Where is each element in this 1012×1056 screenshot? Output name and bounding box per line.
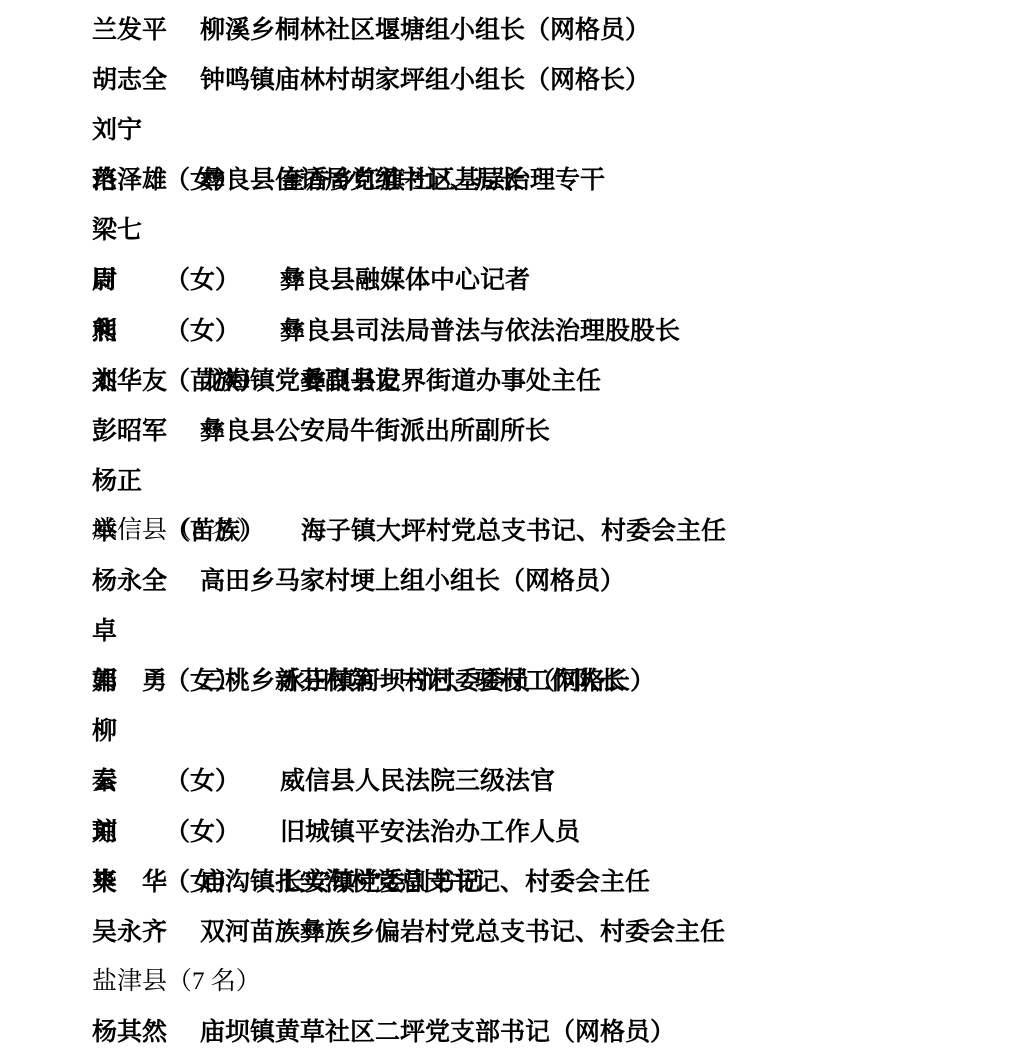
commendee-title: 双河苗族彝族乡偏岩村党总支书记、村委会主任 bbox=[200, 907, 725, 957]
commendee-name: 胡志全 bbox=[92, 55, 200, 105]
commendee-row: 胡志全钟鸣镇庙林村胡家坪组小组长（网格长） bbox=[92, 55, 1012, 105]
commendee-row: 柳 云（女）威信县人民法院三级法官 bbox=[92, 706, 1012, 756]
commendee-title: 龙海镇党委副书记 bbox=[200, 356, 400, 406]
commendee-row: 卓 娟（女）水田镇河坝村村委委员（网格长） bbox=[92, 606, 1012, 656]
commendee-title: 柳溪乡桐林社区堰塘组小组长（网格员） bbox=[200, 5, 650, 55]
commendee-row: 兰发平柳溪乡桐林社区堰塘组小组长（网格员） bbox=[92, 5, 1012, 55]
county-header-label: 盐津县（7 名） bbox=[92, 957, 261, 1007]
commendee-row: 周 利（女）彝良县司法局普法与依法治理股股长 bbox=[92, 255, 1012, 305]
commendee-name: 兰发平 bbox=[92, 5, 200, 55]
commendee-title: 彝良县公安局牛街派出所副所长 bbox=[200, 406, 550, 456]
commendee-name: 彭昭军 bbox=[92, 406, 200, 456]
commendee-name: 杨其然 bbox=[92, 1007, 200, 1056]
commendee-title: 庙坝镇黄草社区二坪党支部书记（网格员） bbox=[200, 1007, 675, 1056]
commendee-row: 杨正举（苗族）海子镇大坪村党总支书记、村委会主任 bbox=[92, 456, 1012, 506]
commendee-row: 杨其然庙坝镇黄草社区二坪党支部书记（网格员） bbox=[92, 1007, 1012, 1056]
commendee-title: 高田乡马家村埂上组小组长（网格员） bbox=[200, 556, 625, 606]
county-section-header: 盐津县（7 名） bbox=[92, 957, 1012, 1007]
commendee-name: 杨永全 bbox=[92, 556, 200, 606]
commendee-row: 吴永齐双河苗族彝族乡偏岩村党总支书记、村委会主任 bbox=[92, 907, 1012, 957]
document-page: { "page": { "background_color": "#ffffff… bbox=[0, 0, 1012, 1056]
county-header-label: 威信县（8 名） bbox=[92, 506, 261, 556]
commendee-row: 熊 杰（苗族）彝良县发界街道办事处主任 bbox=[92, 306, 1012, 356]
commendee-title: 钟鸣镇庙林村胡家坪组小组长（网格长） bbox=[200, 55, 650, 105]
commendee-name: 郭 勇 bbox=[92, 656, 200, 706]
commendee-name: 吴永齐 bbox=[92, 907, 200, 957]
commendee-title: 庙沟镇扎实沟村党总支书记、村委会主任 bbox=[200, 857, 650, 907]
commendee-title: 彝良县信访局党组书记、局长 bbox=[200, 155, 525, 205]
commendee-name: 毕 华 bbox=[92, 857, 200, 907]
commendee-title: 海子镇大坪村党总支书记、村委会主任 bbox=[301, 506, 726, 556]
commendee-row: 刘宁珞（女）奎香乡红旗社区基层治理专干 bbox=[92, 105, 1012, 155]
commendee-name: 范泽雄 bbox=[92, 155, 200, 205]
commendee-title: 三桃乡新芬村第一书记、驻村工作队长 bbox=[200, 656, 625, 706]
commendee-row: 郭 勇三桃乡新芬村第一书记、驻村工作队长 bbox=[92, 656, 1012, 706]
commendee-row: 秦 琼（女）旧城镇平安法治办工作人员 bbox=[92, 756, 1012, 806]
commendation-list: 兰发平柳溪乡桐林社区堰塘组小组长（网格员） 胡志全钟鸣镇庙林村胡家坪组小组长（网… bbox=[92, 5, 1012, 1056]
commendee-name: 刘华友 bbox=[92, 356, 200, 406]
commendee-row: 彭昭军彝良县公安局牛街派出所副所长 bbox=[92, 406, 1012, 456]
commendee-row: 毕 华庙沟镇扎实沟村党总支书记、村委会主任 bbox=[92, 857, 1012, 907]
commendee-row: 梁七尉（女）彝良县融媒体中心记者 bbox=[92, 205, 1012, 255]
commendee-row: 杨永全高田乡马家村埂上组小组长（网格员） bbox=[92, 556, 1012, 606]
